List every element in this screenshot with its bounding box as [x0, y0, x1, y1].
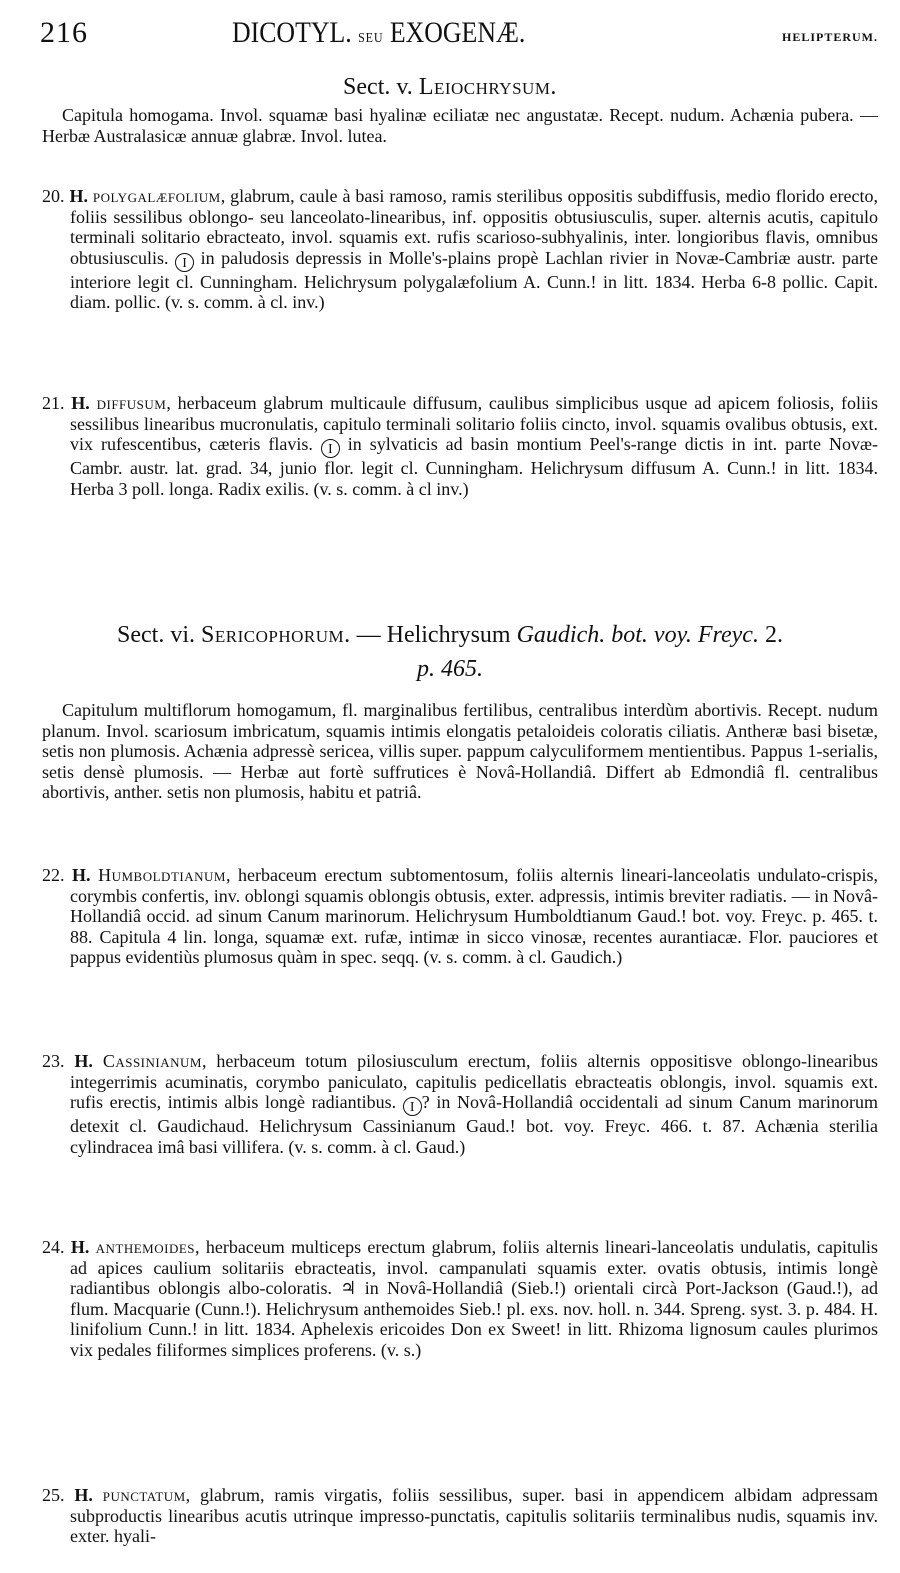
section-name: Sericophorum. [201, 622, 351, 648]
species-entry-24: 24. H. anthemoides, herbaceum multiceps … [42, 1237, 878, 1361]
genus-abbr: H. [74, 1485, 93, 1505]
title-part: DICOTYL. [232, 16, 352, 49]
section-name: Leiochrysum. [419, 74, 557, 100]
genus-abbr: H. [72, 865, 91, 885]
species-epithet: diffusum [97, 393, 167, 413]
page-number: 216 [40, 16, 88, 50]
species-entry-20: 20. H. polygalæfolium, glabrum, caule à … [42, 186, 878, 313]
section-v-description: Capitula homogama. Invol. squamæ basi hy… [42, 105, 878, 146]
genus-abbr: H. [71, 1237, 90, 1257]
genus-abbr: H. [71, 393, 90, 413]
entry-number: 20. [42, 186, 65, 206]
section-citation-volume: 2. [759, 622, 783, 648]
species-entry-21: 21. H. diffusum, herbaceum glabrum multi… [42, 393, 878, 499]
section-synonym: — Helichrysum [351, 622, 517, 648]
annual-symbol-icon: I [321, 439, 340, 458]
section-v-title: Sect. v. Leiochrysum. [0, 74, 900, 101]
species-epithet: Humboldtianum [98, 865, 226, 885]
entry-number: 22. [42, 865, 65, 885]
section-vi-description: Capitulum multiflorum homogamum, fl. mar… [42, 700, 878, 803]
annual-symbol-icon: I [175, 253, 194, 272]
title-part: EXOGENÆ. [390, 16, 525, 49]
running-title: DICOTYL. seu EXOGENÆ. [232, 16, 525, 50]
species-epithet: polygalæfolium [93, 186, 221, 206]
book-page: 216 DICOTYL. seu EXOGENÆ. HELIPTERUM. Se… [0, 0, 900, 1573]
section-citation: Gaudich. bot. voy. Freyc. [517, 622, 759, 648]
annual-symbol-icon: I [403, 1097, 422, 1116]
entry-number: 25. [42, 1485, 65, 1505]
perennial-symbol-icon: ♃ [340, 1278, 356, 1298]
running-head: 216 DICOTYL. seu EXOGENÆ. HELIPTERUM. [40, 16, 878, 56]
genus-abbr: H. [74, 1051, 93, 1071]
entry-text: , glabrum, ramis virgatis, foliis sessil… [70, 1485, 878, 1546]
running-genus: HELIPTERUM. [782, 30, 878, 45]
section-vi-title: Sect. vi. Sericophorum. — Helichrysum Ga… [0, 618, 900, 686]
species-epithet: anthemoides [96, 1237, 195, 1257]
genus-abbr: H. [69, 186, 88, 206]
title-connector: seu [358, 25, 383, 47]
species-epithet: punctatum [103, 1485, 186, 1505]
entry-number: 23. [42, 1051, 65, 1071]
species-entry-22: 22. H. Humboldtianum, herbaceum erectum … [42, 865, 878, 968]
section-label: Sect. v. [343, 74, 413, 100]
section-label: Sect. vi. [117, 622, 195, 648]
entry-number: 24. [42, 1237, 65, 1257]
species-entry-25: 25. H. punctatum, glabrum, ramis virgati… [42, 1485, 878, 1547]
section-citation-page: p. 465. [417, 656, 483, 682]
species-epithet: Cassinianum [103, 1051, 202, 1071]
species-entry-23: 23. H. Cassinianum, herbaceum totum pilo… [42, 1051, 878, 1157]
entry-number: 21. [42, 393, 65, 413]
